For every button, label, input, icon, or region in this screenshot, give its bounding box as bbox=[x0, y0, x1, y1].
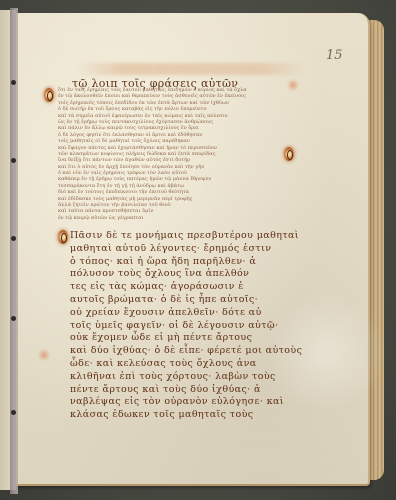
main-text-line: οὐ χρείαν ἔχουσιν ἀπελθεῖν· δότε αὐ bbox=[70, 307, 270, 320]
faded-rubric-title bbox=[76, 63, 306, 75]
main-text-block: Πᾶσιν δὲ τε μονήμαις πρεσβυτέρου μαθηταὶ… bbox=[70, 230, 270, 422]
main-text-line: Πᾶσιν δὲ τε μονήμαις πρεσβυτέρου μαθηταὶ bbox=[70, 230, 270, 243]
main-text-line: αυτοῖς βρώματα· ὁ δὲ ἰς ἦπε αὐτοῖς· bbox=[70, 294, 270, 307]
margin-ornament-icon bbox=[38, 348, 50, 362]
folio-number: 15 bbox=[326, 48, 343, 63]
main-text-line: τοῖς ὑμεῖς φαγεῖν· οἱ δὲ λέγουσιν αὐτῷ· bbox=[70, 320, 270, 333]
main-text-line: καὶ δύο ἰχθύας· ὁ δὲ εἶπε· φέρετέ μοι αὐ… bbox=[70, 345, 270, 358]
commentary-block: ὅτι ἐν ταῖς ἐρημίαις τοῖς ἑαυτοῦ μαθηταῖ… bbox=[58, 87, 278, 221]
main-text-line: ναβλέψας εἰς τὸν οὐρανὸν εὐλόγησε· καὶ bbox=[70, 396, 270, 409]
main-text-line: πέντε ἄρτους καὶ τοὺς δύο ἰχθύας· ἀ bbox=[70, 384, 270, 397]
margin-initial-icon bbox=[284, 147, 294, 161]
main-text-line: τες εἰς τὰς κώμας· ἀγοράσωσιν ἑ bbox=[70, 281, 270, 294]
binding-stitch bbox=[11, 80, 16, 85]
binding-stitch bbox=[11, 236, 16, 241]
main-text-line: μαθηταὶ αὐτοῦ λέγοντες· ἔρημός ἐστιν bbox=[70, 243, 270, 256]
illuminated-initial-icon bbox=[44, 88, 54, 102]
main-text-line: ὧδε· καὶ κελεύσας τοὺς ὄχλους ἀνα bbox=[70, 358, 270, 371]
binding-stitch bbox=[11, 316, 16, 321]
main-text-line: οὐκ ἔχομεν ὧδε εἰ μὴ πέντε ἄρτους bbox=[70, 332, 270, 345]
binding-stitch bbox=[11, 410, 16, 415]
binding-stitch bbox=[11, 158, 16, 163]
main-text-line: ὁ τόπος· καὶ ἡ ὥρα ἤδη παρῆλθεν· ἀ bbox=[70, 256, 270, 269]
main-text-initial-icon bbox=[58, 230, 68, 244]
main-text-line: κλάσας ἐδωκεν τοῖς μαθηταῖς τοὺς bbox=[70, 409, 270, 422]
main-text-line: κλιθῆναι ἐπὶ τοὺς χόρτους· λαβὼν τοὺς bbox=[70, 371, 270, 384]
margin-ornament-icon bbox=[287, 78, 299, 92]
commentary-line: ἐν τῷ καιρῷ αὐτῶν ὡς γέγραπται bbox=[58, 215, 278, 221]
main-text-line: πόλυσον τοὺς ὄχλους ἵνα ἀπελθόν bbox=[70, 268, 270, 281]
